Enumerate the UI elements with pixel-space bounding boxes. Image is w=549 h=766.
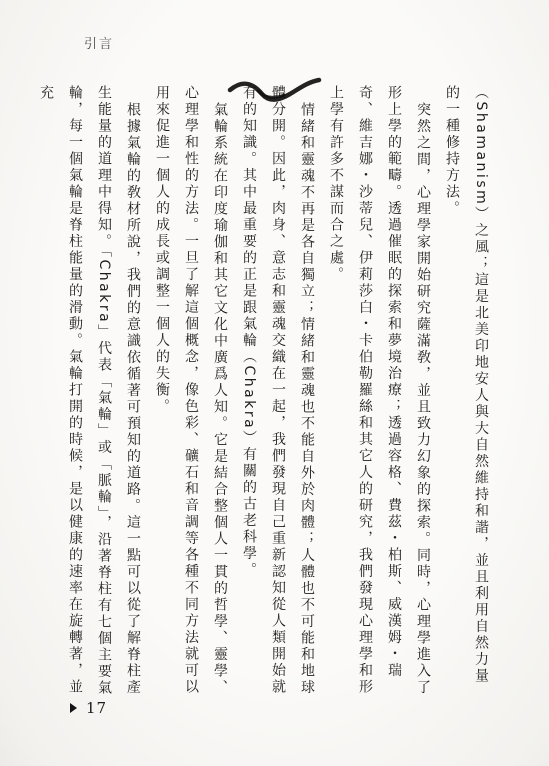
- paragraph: 情緒和靈魂不再是各自獨立；情緒和靈魂也不能自外於肉體；人體也不可能和地球體分開。…: [234, 85, 321, 699]
- running-header: 引言: [84, 33, 114, 52]
- paragraph: 氣輪系統在印度瑜伽和其它文化中廣爲人知。它是結合整個人一貫的哲學、靈學、心理學和…: [147, 85, 234, 699]
- page-marker-arrow-icon: [70, 703, 77, 713]
- paragraph: （Shamanism）之風；這是北美印地安人與大自然維持和諧，並且利用自然力量的…: [437, 85, 495, 699]
- paragraph: 根據氣輪的敎材所說，我們的意識依循著可預知的道路。這一點可以從了解脊柱產生能量的…: [31, 85, 147, 699]
- page-number: 17: [86, 699, 107, 717]
- text-block: （Shamanism）之風；這是北美印地安人與大自然維持和諧，並且利用自然力量的…: [31, 85, 495, 699]
- page-background: 引言 （Shamanism）之風；這是北美印地安人與大自然維持和諧，並且利用自然…: [0, 0, 549, 766]
- paragraph: 突然之間，心理學家開始研究薩滿敎，並且致力幻象的探索。同時，心理學進入了形上學的…: [321, 85, 437, 699]
- page-marker: 17: [70, 699, 107, 717]
